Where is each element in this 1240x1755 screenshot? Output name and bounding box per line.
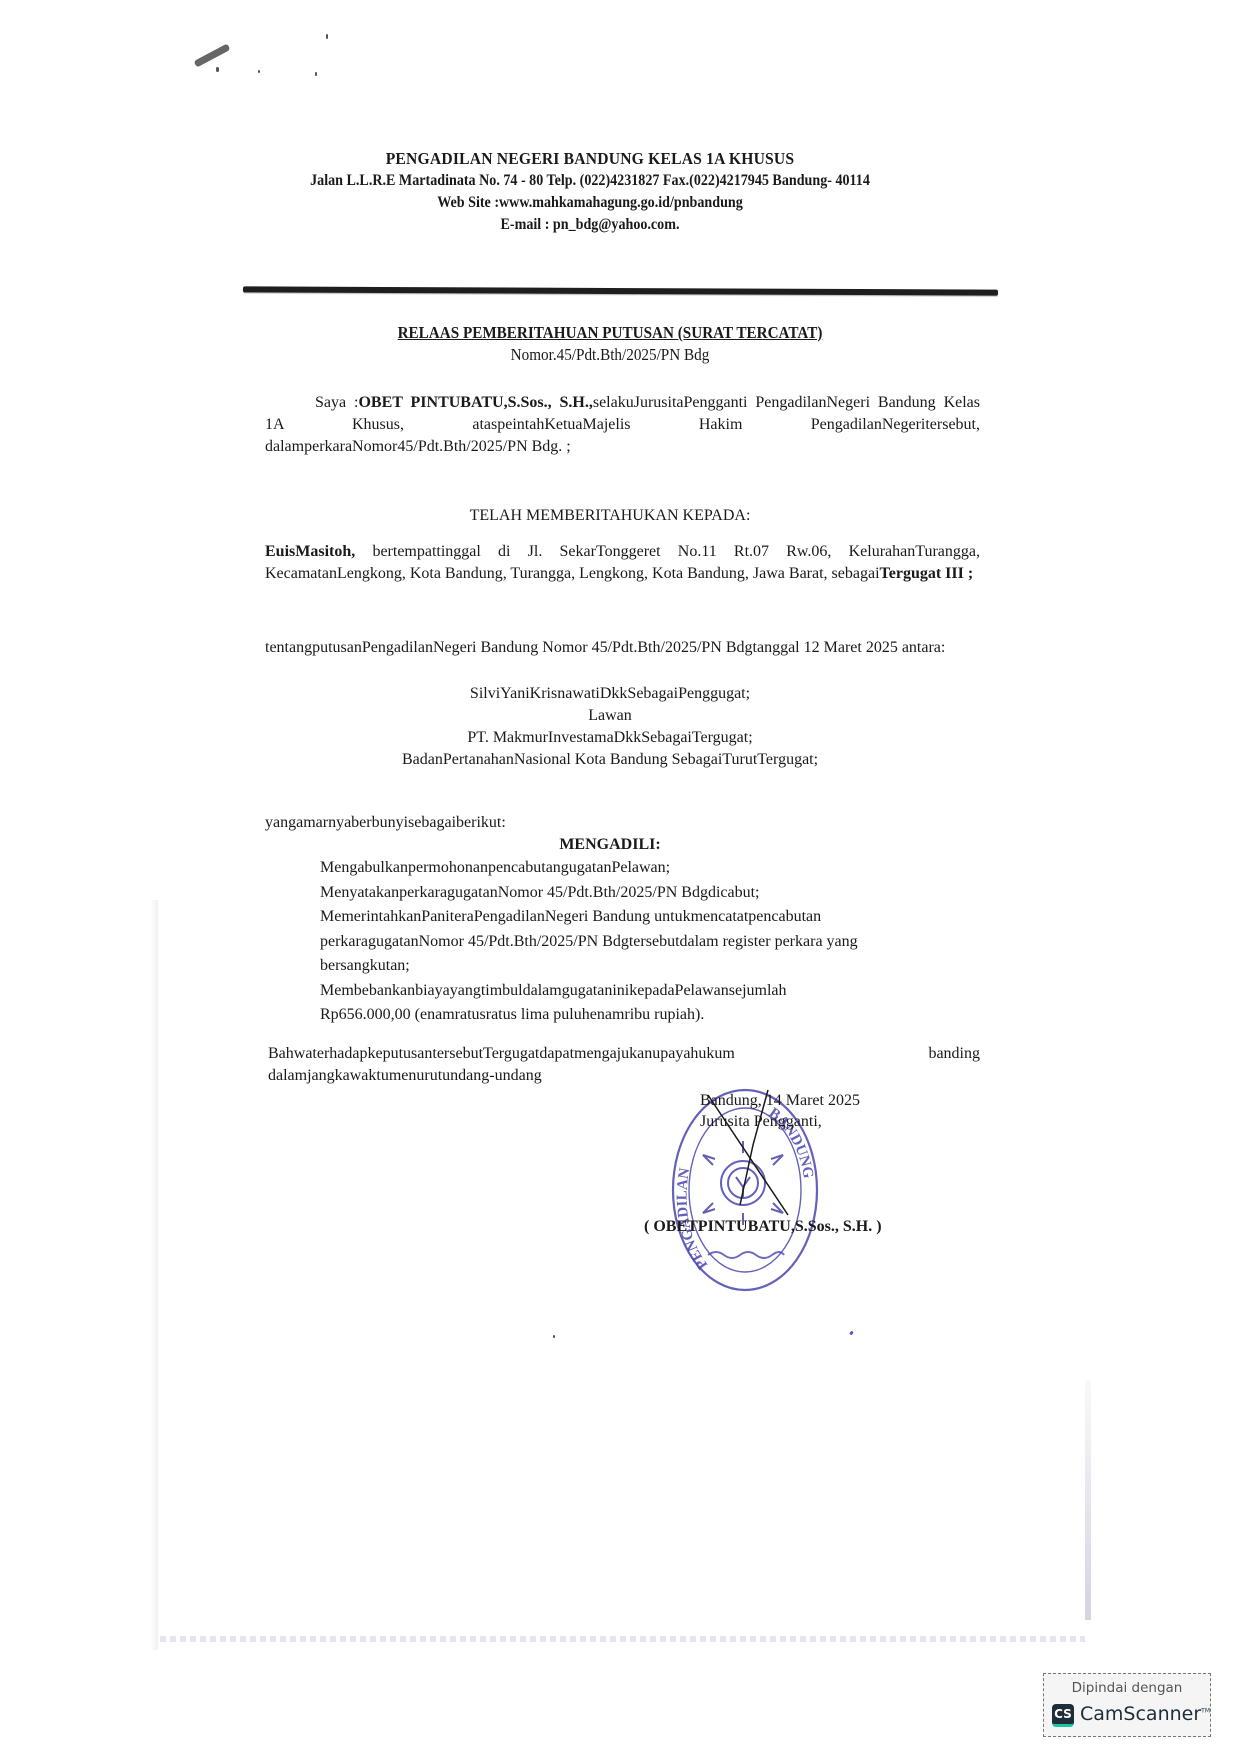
notice-heading: TELAH MEMBERITAHUKAN KEPADA: [230, 505, 990, 527]
amar-intro: yangamarnyaberbunyisebagaiberikut: [265, 812, 980, 834]
amar-item: perkaragugatanNomor 45/Pdt.Bth/2025/PN B… [320, 930, 980, 955]
trademark: TM [1201, 1708, 1210, 1715]
intro-saya: Saya : [315, 394, 358, 411]
scan-smudge [194, 43, 231, 67]
stamp-emblem-icon [703, 1141, 783, 1225]
officer-name: OBET PINTUBATU,S.Sos., S.H., [358, 394, 592, 411]
scan-edge-left [150, 900, 158, 1650]
camscanner-watermark: Dipindai dengan CS CamScannerTM [1043, 1673, 1211, 1737]
amar-item: MenyatakanperkaragugatanNomor 45/Pdt.Bth… [320, 881, 980, 906]
party-defendant: PT. MakmurInvestamaDkkSebagaiTergugat; [230, 727, 990, 749]
recipient-role-prefix: sebagai [828, 565, 880, 582]
recipient-role: Tergugat III ; [880, 565, 974, 582]
recipient-name: EuisMasitoh, [265, 543, 355, 560]
case-number: Nomor.45/Pdt.Bth/2025/PN Bdg [260, 344, 959, 366]
signature-role: Jurusita Pengganti, [700, 1111, 860, 1132]
scan-speck [553, 1335, 555, 1338]
closing-line-2: dalamjangkawaktumenurutundang-undang [268, 1065, 542, 1087]
court-email: E-mail : pn_bdg@yahoo.com. [273, 214, 907, 236]
mengadili-heading: MENGADILI: [230, 834, 990, 856]
scan-edge-right [1085, 1380, 1091, 1620]
party-versus: Lawan [230, 705, 990, 727]
parties-list: SilviYaniKrisnawatiDkkSebagaiPenggugat; … [230, 683, 990, 771]
closing-text: BahwaterhadapkeputusantersebutTergugatda… [268, 1045, 735, 1062]
letterhead-divider [243, 286, 998, 295]
signature-place-date: Bandung, 14 Maret 2025 [700, 1090, 860, 1111]
letterhead: PENGADILAN NEGERI BANDUNG KELAS 1A KHUSU… [230, 148, 950, 236]
party-plaintiff: SilviYaniKrisnawatiDkkSebagaiPenggugat; [230, 683, 990, 705]
brand-name: CamScanner [1080, 1703, 1201, 1725]
document-title: RELAAS PEMBERITAHUAN PUTUSAN (SURAT TERC… [230, 322, 990, 366]
court-website: Web Site :www.mahkamahagung.go.id/pnband… [273, 192, 907, 214]
scan-speck [849, 1331, 854, 1336]
signer-name: ( OBETPINTUBATU,S.Sos., S.H. ) [644, 1218, 882, 1236]
amar-item: MengabulkanpermohonanpencabutangugatanPe… [320, 856, 980, 881]
watermark-caption: Dipindai dengan [1044, 1680, 1210, 1696]
decision-reference: tentangputusanPengadilanNegeri Bandung N… [265, 637, 980, 659]
amar-item: bersangkutan; [320, 954, 980, 979]
title-main: RELAAS PEMBERITAHUAN PUTUSAN (SURAT TERC… [260, 322, 959, 344]
scan-speck [315, 72, 317, 76]
scan-edge-bottom [160, 1636, 1085, 1642]
amar-item: Rp656.000,00 (enamratusratus lima puluhe… [320, 1003, 980, 1028]
intro-paragraph: Saya :OBET PINTUBATU,S.Sos., S.H.,selaku… [265, 392, 980, 458]
camscanner-logo-icon: CS [1052, 1704, 1074, 1727]
closing-line-1: BahwaterhadapkeputusantersebutTergugatda… [268, 1043, 980, 1065]
court-name: PENGADILAN NEGERI BANDUNG KELAS 1A KHUSU… [259, 148, 921, 170]
party-co-defendant: BadanPertanahanNasional Kota Bandung Seb… [230, 749, 990, 771]
scan-speck [216, 67, 219, 72]
recipient-paragraph: EuisMasitoh, bertempattinggal di Jl. Sek… [265, 541, 980, 585]
closing-banding: banding [928, 1043, 980, 1065]
signature-block: Bandung, 14 Maret 2025 Jurusita Penggant… [700, 1090, 860, 1132]
scan-speck [258, 70, 260, 73]
court-address: Jalan L.L.R.E Martadinata No. 74 - 80 Te… [273, 170, 907, 192]
amar-item: MemerintahkanPaniteraPengadilanNegeri Ba… [320, 905, 980, 930]
watermark-brand: CamScannerTM [1080, 1703, 1210, 1725]
scan-speck [326, 34, 328, 39]
amar-item: Membebankanbiayayangtimbuldalamgugatanin… [320, 979, 980, 1004]
amar-list: MengabulkanpermohonanpencabutangugatanPe… [320, 856, 980, 1028]
